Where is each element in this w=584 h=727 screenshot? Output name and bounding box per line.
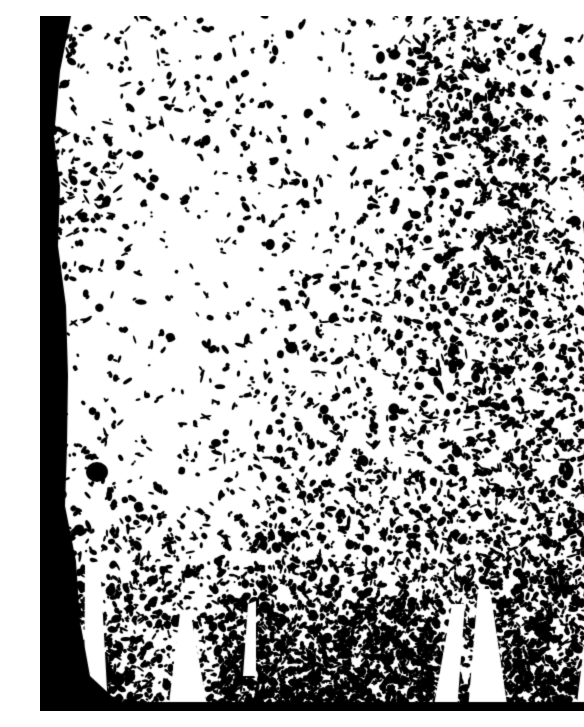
binarized-photo-canvas — [40, 16, 584, 711]
natural-image — [40, 16, 584, 711]
